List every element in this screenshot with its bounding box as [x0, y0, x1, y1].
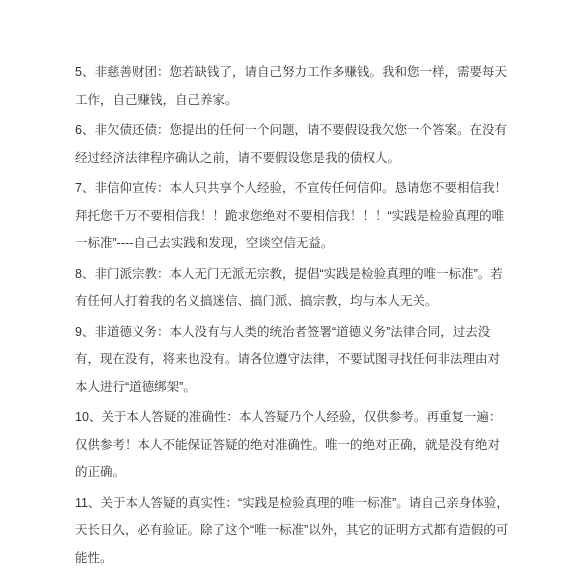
paragraph-5: 5、非慈善财团：您若缺钱了，请自己努力工作多赚钱。我和您一样，需要每天工作，自己… [75, 59, 512, 114]
paragraph-9: 9、非道德义务：本人没有与人类的统治者签署“道德义务”法律合同，过去没有，现在没… [75, 319, 512, 402]
paragraph-6: 6、非欠债还债：您提出的任何一个问题，请不要假设我欠您一个答案。在没有经过经济法… [75, 117, 512, 172]
paragraph-10: 10、关于本人答疑的准确性：本人答疑乃个人经验，仅供参考。再重复一遍：仅供参考！… [75, 404, 512, 487]
document-page: 5、非慈善财团：您若缺钱了，请自己努力工作多赚钱。我和您一样，需要每天工作，自己… [0, 0, 586, 588]
paragraph-11: 11、关于本人答疑的真实性：“实践是检验真理的唯一标准”。请自己亲身体验，天长日… [75, 490, 512, 573]
paragraph-7: 7、非信仰宣传：本人只共享个人经验，不宣传任何信仰。恳请您不要相信我！拜托您千万… [75, 175, 512, 258]
paragraph-8: 8、非门派宗教：本人无门无派无宗教，提倡“实践是检验真理的唯一标准”。若有任何人… [75, 261, 512, 316]
article-body: 5、非慈善财团：您若缺钱了，请自己努力工作多赚钱。我和您一样，需要每天工作，自己… [0, 0, 586, 572]
